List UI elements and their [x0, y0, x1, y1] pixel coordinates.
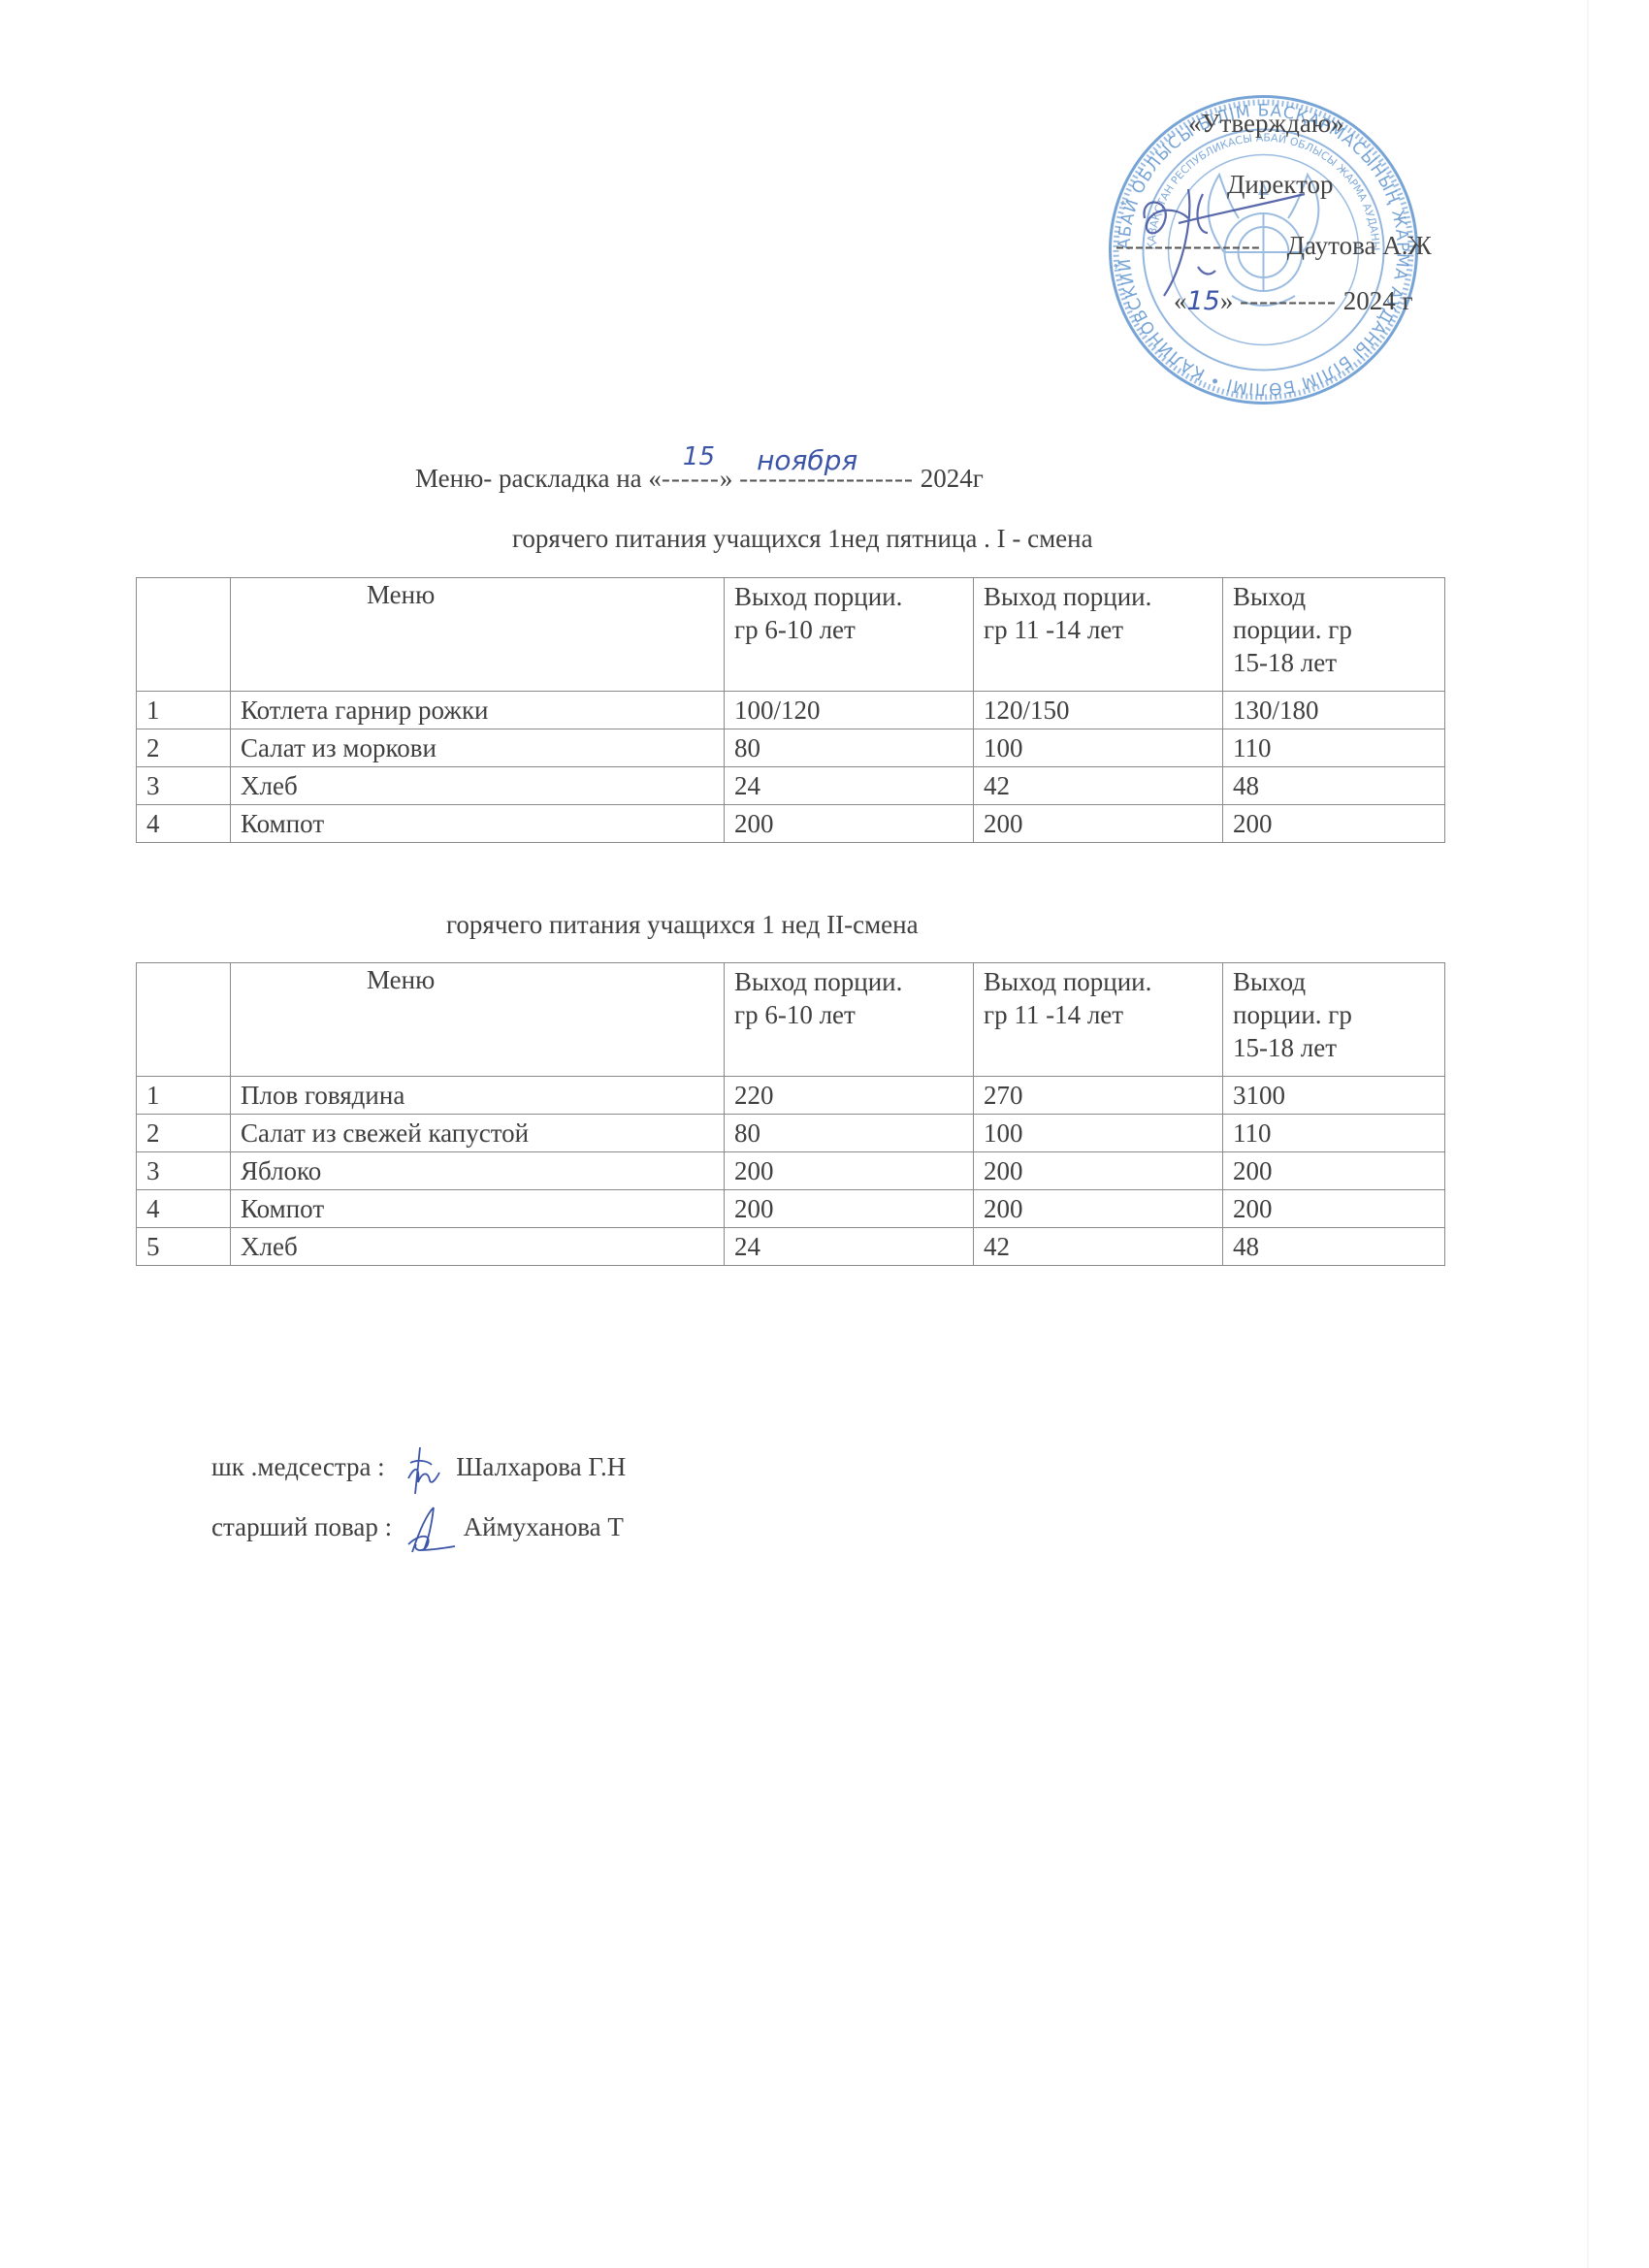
portion-11-14: 200 — [974, 1190, 1223, 1228]
row-number: 5 — [137, 1228, 231, 1266]
signature-scribble-icon — [391, 1445, 449, 1494]
approval-date-year: 2024 г — [1343, 286, 1413, 315]
header-group-6-10: Выход порции.гр 6-10 лет — [725, 963, 974, 1077]
row-number: 2 — [137, 729, 231, 767]
row-number: 2 — [137, 1115, 231, 1152]
header-group-6-10: Выход порции.гр 6-10 лет — [725, 578, 974, 692]
portion-11-14: 200 — [974, 805, 1223, 843]
approval-date: «15» ---------- 2024 г — [1174, 286, 1413, 316]
menu-title-year: 2024г — [914, 464, 984, 493]
table-row: 1Котлета гарнир рожки100/120120/150130/1… — [137, 692, 1445, 729]
menu-title-mid: » — [720, 464, 739, 493]
portion-11-14: 42 — [974, 767, 1223, 805]
portion-6-10: 200 — [725, 805, 974, 843]
header-line: Выход — [1233, 967, 1306, 996]
header-line: порции. гр — [1233, 615, 1352, 644]
header-line: Выход порции. — [734, 582, 902, 611]
header-menu: Меню — [231, 578, 725, 692]
portion-15-18: 48 — [1223, 767, 1445, 805]
portion-11-14: 120/150 — [974, 692, 1223, 729]
dish-name: Котлета гарнир рожки — [231, 692, 725, 729]
portion-6-10: 100/120 — [725, 692, 974, 729]
table-row: 2Салат из свежей капустой80100110 — [137, 1115, 1445, 1152]
portion-11-14: 100 — [974, 729, 1223, 767]
dish-name: Салат из моркови — [231, 729, 725, 767]
portion-6-10: 80 — [725, 729, 974, 767]
approval-role: Директор — [1227, 170, 1334, 200]
date-close-quote: » — [1220, 286, 1234, 315]
approval-title: «Утверждаю» — [1188, 109, 1344, 139]
table-row: 3Хлеб244248 — [137, 767, 1445, 805]
scan-artifact-line — [1587, 0, 1589, 2268]
portion-15-18: 200 — [1223, 805, 1445, 843]
dish-name: Хлеб — [231, 767, 725, 805]
portion-11-14: 200 — [974, 1152, 1223, 1190]
row-number: 3 — [137, 1152, 231, 1190]
header-line: 15-18 лет — [1233, 1033, 1337, 1062]
dish-name: Хлеб — [231, 1228, 725, 1266]
portion-15-18: 130/180 — [1223, 692, 1445, 729]
table-row: 2Салат из моркови80100110 — [137, 729, 1445, 767]
menu-title: Меню- раскладка на «------15» ----------… — [415, 464, 984, 494]
header-num — [137, 578, 231, 692]
row-number: 1 — [137, 1077, 231, 1115]
header-line: Выход порции. — [734, 967, 902, 996]
portion-15-18: 48 — [1223, 1228, 1445, 1266]
shift1-heading: горячего питания учащихся 1нед пятница .… — [512, 524, 1093, 554]
portion-6-10: 24 — [725, 1228, 974, 1266]
portion-11-14: 42 — [974, 1228, 1223, 1266]
approval-signature-line: --------------- Даутова А.Ж — [1115, 231, 1432, 261]
header-line: гр 6-10 лет — [734, 1000, 856, 1029]
portion-15-18: 3100 — [1223, 1077, 1445, 1115]
menu-date-month-field: ------------------ноября — [739, 464, 914, 494]
header-line: порции. гр — [1233, 1000, 1352, 1029]
signature-dashes: --------------- — [1115, 231, 1261, 260]
portion-6-10: 200 — [725, 1152, 974, 1190]
header-line: гр 6-10 лет — [734, 615, 856, 644]
table-row: 4Компот200200200 — [137, 1190, 1445, 1228]
shift2-menu-table: Меню Выход порции.гр 6-10 лет Выход порц… — [136, 962, 1445, 1266]
header-line: Выход порции. — [984, 582, 1151, 611]
row-number: 3 — [137, 767, 231, 805]
shift2-heading: горячего питания учащихся 1 нед II-смена — [446, 910, 919, 940]
dish-name: Компот — [231, 805, 725, 843]
menu-date-day-field: ------15 — [662, 464, 720, 494]
menu-date-month: ноября — [757, 444, 857, 476]
dish-name: Плов говядина — [231, 1077, 725, 1115]
date-open-quote: « — [1174, 286, 1187, 315]
table-header-row: Меню Выход порции.гр 6-10 лет Выход порц… — [137, 578, 1445, 692]
nurse-name: Шалхарова Г.Н — [456, 1452, 626, 1481]
portion-11-14: 100 — [974, 1115, 1223, 1152]
cook-name: Аймуханова Т — [464, 1512, 624, 1541]
table-row: 4Компот200200200 — [137, 805, 1445, 843]
portion-6-10: 80 — [725, 1115, 974, 1152]
header-line: Выход — [1233, 582, 1306, 611]
approval-date-dashes: ---------- — [1240, 286, 1337, 315]
header-group-15-18: Выходпорции. гр15-18 лет — [1223, 963, 1445, 1077]
portion-11-14: 270 — [974, 1077, 1223, 1115]
director-name: Даутова А.Ж — [1287, 231, 1432, 260]
header-num — [137, 963, 231, 1077]
header-line: гр 11 -14 лет — [984, 1000, 1123, 1029]
menu-title-prefix: Меню- раскладка на « — [415, 464, 662, 493]
row-number: 4 — [137, 1190, 231, 1228]
dish-name: Салат из свежей капустой — [231, 1115, 725, 1152]
header-group-11-14: Выход порции.гр 11 -14 лет — [974, 578, 1223, 692]
table-header-row: Меню Выход порции.гр 6-10 лет Выход порц… — [137, 963, 1445, 1077]
portion-15-18: 110 — [1223, 729, 1445, 767]
nurse-signature: шк .медсестра : Шалхарова Г.Н — [211, 1445, 626, 1494]
signature-scribble-icon — [399, 1506, 457, 1554]
cook-role: старший повар : — [211, 1512, 392, 1541]
nurse-role: шк .медсестра : — [211, 1452, 385, 1481]
dish-name: Компот — [231, 1190, 725, 1228]
approval-date-day: 15 — [1187, 286, 1220, 316]
portion-15-18: 110 — [1223, 1115, 1445, 1152]
table-row: 3Яблоко200200200 — [137, 1152, 1445, 1190]
header-line: гр 11 -14 лет — [984, 615, 1123, 644]
portion-6-10: 200 — [725, 1190, 974, 1228]
portion-6-10: 24 — [725, 767, 974, 805]
cook-signature: старший повар : Аймуханова Т — [211, 1506, 624, 1554]
table-row: 1Плов говядина2202703100 — [137, 1077, 1445, 1115]
shift1-menu-table: Меню Выход порции.гр 6-10 лет Выход порц… — [136, 577, 1445, 843]
header-group-15-18: Выходпорции. гр15-18 лет — [1223, 578, 1445, 692]
portion-15-18: 200 — [1223, 1152, 1445, 1190]
dish-name: Яблоко — [231, 1152, 725, 1190]
header-line: 15-18 лет — [1233, 648, 1337, 677]
menu-date-day: 15 — [683, 442, 715, 471]
header-menu: Меню — [231, 963, 725, 1077]
row-number: 4 — [137, 805, 231, 843]
row-number: 1 — [137, 692, 231, 729]
portion-15-18: 200 — [1223, 1190, 1445, 1228]
header-line: Выход порции. — [984, 967, 1151, 996]
portion-6-10: 220 — [725, 1077, 974, 1115]
table-row: 5Хлеб244248 — [137, 1228, 1445, 1266]
header-group-11-14: Выход порции.гр 11 -14 лет — [974, 963, 1223, 1077]
